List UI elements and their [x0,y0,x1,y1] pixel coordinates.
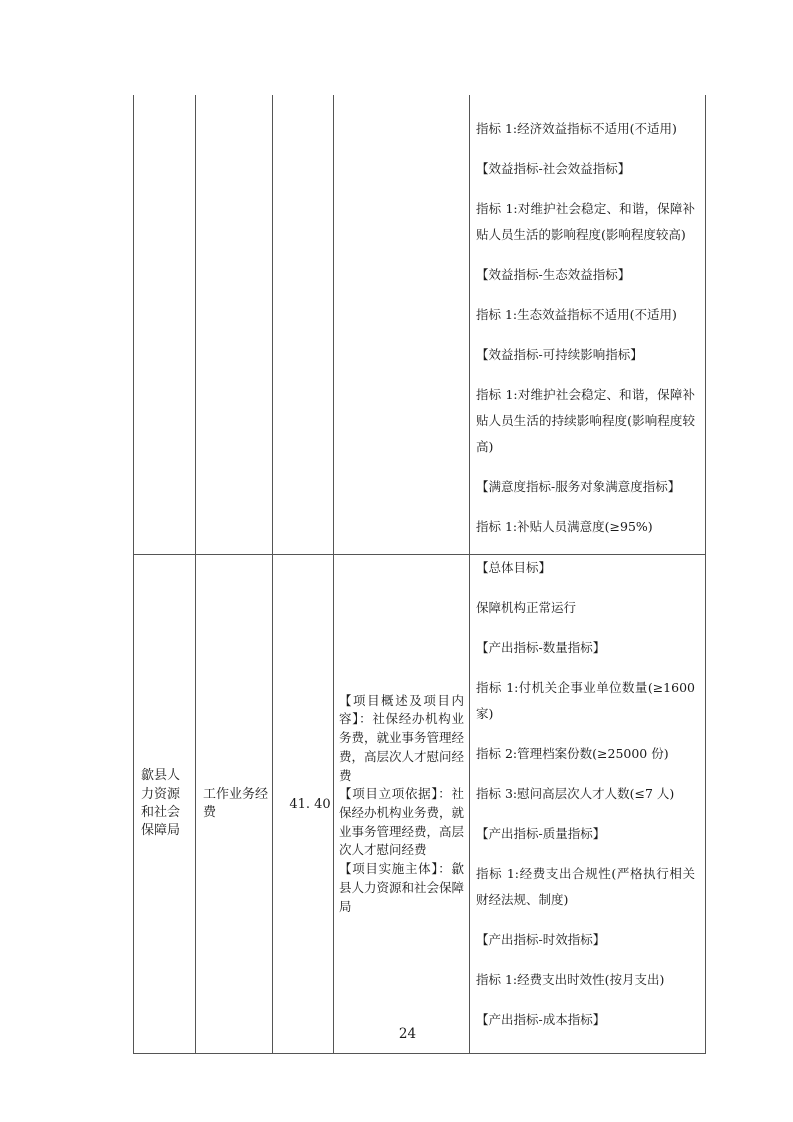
paragraph: 【效益指标-生态效益指标】 [476,262,695,288]
project-name: 工作业务经费 [203,786,271,823]
paragraph: 【产出指标-质量指标】 [476,821,695,847]
paragraph: 指标 1:对维护社会稳定、和谐，保障补贴人员生活的影响程度(影响程度较高) [476,196,695,248]
indicators-cell: 【总体目标】保障机构正常运行【产出指标-数量指标】指标 1:付机关企事业单位数量… [470,555,706,1054]
paragraph: 指标 1:经费支出时效性(按月支出) [476,967,695,993]
paragraph: 指标 1:经济效益指标不适用(不适用) [476,116,695,142]
paragraph: 【产出指标-数量指标】 [476,635,695,661]
document-page: 指标 1:经济效益指标不适用(不适用)【效益指标-社会效益指标】指标 1:对维护… [0,0,793,1122]
amount-cell-empty [273,95,334,555]
paragraph: 【效益指标-社会效益指标】 [476,156,695,182]
paragraph: 指标 1:生态效益指标不适用(不适用) [476,302,695,328]
description-cell-empty [334,95,470,555]
paragraph: 【项目实施主体】：歙县人力资源和社会保障局 [339,860,464,916]
paragraph: 【项目立项依据】：社保经办机构业务费，就业事务管理经费，高层次人才慰问经费 [339,785,464,860]
paragraph: 指标 1:对维护社会稳定、和谐，保障补贴人员生活的持续影响程度(影响程度较高) [476,382,695,460]
description-cell: 【项目概述及项目内容】：社保经办机构业务费，就业事务管理经费，高层次人才慰问经费… [334,555,470,1054]
paragraph: 【项目概述及项目内容】：社保经办机构业务费，就业事务管理经费，高层次人才慰问经费 [339,692,464,786]
paragraph: 【满意度指标-服务对象满意度指标】 [476,474,695,500]
table-row: 歙县人力资源和社会保障局 工作业务经费 41. 40 【项目概述及项目内容】：社… [134,555,706,1054]
paragraph: 指标 2:管理档案份数(≥25000 份) [476,741,695,767]
org-name: 歙县人力资源和社会保障局 [141,767,183,841]
paragraph: 保障机构正常运行 [476,595,695,621]
page-number: 24 [0,1026,793,1042]
paragraph: 指标 1:补贴人员满意度(≥95%) [476,514,695,540]
paragraph: 指标 1:付机关企事业单位数量(≥1600 家) [476,675,695,727]
paragraph: 【产出指标-时效指标】 [476,927,695,953]
paragraph: 指标 1:经费支出合规性(严格执行相关财经法规、制度) [476,861,695,913]
performance-target-table: 指标 1:经济效益指标不适用(不适用)【效益指标-社会效益指标】指标 1:对维护… [133,95,706,1054]
project-cell: 工作业务经费 [196,555,273,1054]
paragraph: 指标 3:慰问高层次人才人数(≤7 人) [476,781,695,807]
org-cell-empty [134,95,196,555]
paragraph: 【效益指标-可持续影响指标】 [476,342,695,368]
table-row-continued: 指标 1:经济效益指标不适用(不适用)【效益指标-社会效益指标】指标 1:对维护… [134,95,706,555]
indicators-cell: 指标 1:经济效益指标不适用(不适用)【效益指标-社会效益指标】指标 1:对维护… [470,95,706,555]
paragraph: 【总体目标】 [476,555,695,581]
project-cell-empty [196,95,273,555]
amount-cell: 41. 40 [273,555,334,1054]
amount-value: 41. 40 [289,797,330,812]
org-cell: 歙县人力资源和社会保障局 [134,555,196,1054]
